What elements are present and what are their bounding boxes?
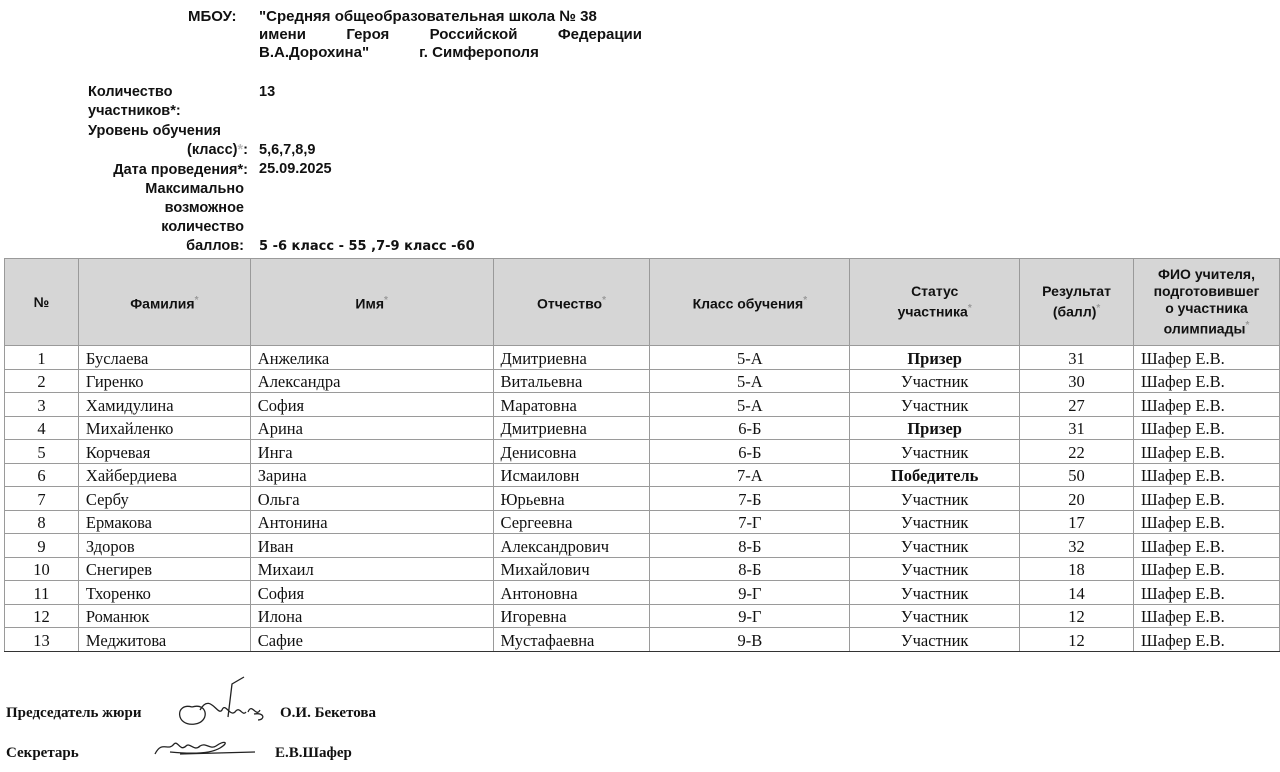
cell-class: 7-Б (650, 487, 850, 511)
table-row: 13МеджитоваСафиеМустафаевна9-ВУчастник12… (5, 628, 1280, 652)
cell-status: Участник (850, 604, 1020, 628)
cell-last-name: Михайленко (78, 416, 250, 440)
cell-first-name: Александра (250, 369, 493, 393)
cell-teacher: Шафер Е.В. (1134, 534, 1280, 558)
table-row: 11ТхоренкоСофияАнтоновна9-ГУчастник14Шаф… (5, 581, 1280, 605)
cell-teacher: Шафер Е.В. (1134, 369, 1280, 393)
cell-class: 8-Б (650, 534, 850, 558)
table-row: 3ХамидулинаСофияМаратовна5-АУчастник27Ша… (5, 393, 1280, 417)
cell-row-number: 13 (5, 628, 79, 652)
cell-class: 8-Б (650, 557, 850, 581)
cell-status: Участник (850, 510, 1020, 534)
cell-last-name: Меджитова (78, 628, 250, 652)
cell-class: 7-Г (650, 510, 850, 534)
cell-teacher: Шафер Е.В. (1134, 346, 1280, 370)
cell-score: 20 (1020, 487, 1134, 511)
org-label: МБОУ: (188, 8, 237, 25)
cell-middle-name: Игоревна (493, 604, 650, 628)
participants-count-label: Количество участников*: (88, 83, 248, 121)
col-header-number: № (5, 259, 79, 346)
cell-class: 5-А (650, 346, 850, 370)
results-table: № Фамилия* Имя* Отчество* Класс обучения… (4, 258, 1280, 652)
cell-row-number: 10 (5, 557, 79, 581)
cell-status: Участник (850, 534, 1020, 558)
max-score-label-line: Максимально (88, 180, 244, 199)
cell-first-name: Инга (250, 440, 493, 464)
participants-count-value: 13 (259, 84, 275, 100)
cell-class: 5-А (650, 393, 850, 417)
cell-middle-name: Мустафаевна (493, 628, 650, 652)
cell-first-name: София (250, 393, 493, 417)
cell-middle-name: Сергеевна (493, 510, 650, 534)
cell-teacher: Шафер Е.В. (1134, 557, 1280, 581)
cell-teacher: Шафер Е.В. (1134, 628, 1280, 652)
cell-score: 18 (1020, 557, 1134, 581)
cell-score: 12 (1020, 604, 1134, 628)
cell-row-number: 9 (5, 534, 79, 558)
cell-status: Участник (850, 557, 1020, 581)
col-header-first-name: Имя* (250, 259, 493, 346)
col-header-result: Результат(балл)* (1020, 259, 1134, 346)
col-header-middle-name: Отчество* (493, 259, 650, 346)
cell-first-name: Антонина (250, 510, 493, 534)
org-name-part: Федерации (558, 26, 642, 44)
cell-class: 6-Б (650, 416, 850, 440)
cell-score: 17 (1020, 510, 1134, 534)
cell-last-name: Снегирев (78, 557, 250, 581)
cell-first-name: София (250, 581, 493, 605)
cell-status: Призер (850, 346, 1020, 370)
cell-row-number: 5 (5, 440, 79, 464)
max-score-label-line: баллов: (88, 237, 244, 256)
table-row: 5КорчеваяИнгаДенисовна6-БУчастник22Шафер… (5, 440, 1280, 464)
cell-first-name: Михаил (250, 557, 493, 581)
cell-row-number: 11 (5, 581, 79, 605)
table-row: 1БуслаеваАнжеликаДмитриевна5-АПризер31Ша… (5, 346, 1280, 370)
cell-score: 22 (1020, 440, 1134, 464)
education-level-value: 5,6,7,8,9 (259, 142, 315, 158)
cell-status: Победитель (850, 463, 1020, 487)
chair-name: О.И. Бекетова (280, 705, 376, 722)
org-name: "Средняя общеобразовательная школа № 38 … (259, 8, 642, 62)
table-row: 10СнегиревМихаилМихайлович8-БУчастник18Ш… (5, 557, 1280, 581)
cell-middle-name: Юрьевна (493, 487, 650, 511)
org-name-part: "Средняя общеобразовательная школа № 38 (259, 8, 597, 26)
cell-teacher: Шафер Е.В. (1134, 581, 1280, 605)
cell-class: 9-Г (650, 581, 850, 605)
cell-class: 9-В (650, 628, 850, 652)
cell-last-name: Сербу (78, 487, 250, 511)
cell-row-number: 12 (5, 604, 79, 628)
table-row: 9ЗдоровИванАлександрович8-БУчастник32Шаф… (5, 534, 1280, 558)
col-header-last-name: Фамилия* (78, 259, 250, 346)
table-header-row: № Фамилия* Имя* Отчество* Класс обучения… (5, 259, 1280, 346)
cell-first-name: Анжелика (250, 346, 493, 370)
cell-class: 9-Г (650, 604, 850, 628)
cell-class: 6-Б (650, 440, 850, 464)
table-row: 7СербуОльгаЮрьевна7-БУчастник20Шафер Е.В… (5, 487, 1280, 511)
cell-teacher: Шафер Е.В. (1134, 393, 1280, 417)
cell-row-number: 6 (5, 463, 79, 487)
cell-middle-name: Витальевна (493, 369, 650, 393)
cell-score: 30 (1020, 369, 1134, 393)
cell-middle-name: Антоновна (493, 581, 650, 605)
table-row: 8ЕрмаковаАнтонинаСергеевна7-ГУчастник17Ш… (5, 510, 1280, 534)
cell-row-number: 8 (5, 510, 79, 534)
cell-first-name: Иван (250, 534, 493, 558)
col-header-status: Статусучастника* (850, 259, 1020, 346)
cell-middle-name: Михайлович (493, 557, 650, 581)
cell-first-name: Арина (250, 416, 493, 440)
cell-last-name: Здоров (78, 534, 250, 558)
cell-status: Участник (850, 581, 1020, 605)
date-value: 25.09.2025 (259, 161, 332, 177)
cell-score: 27 (1020, 393, 1134, 417)
cell-last-name: Тхоренко (78, 581, 250, 605)
cell-middle-name: Дмитриевна (493, 416, 650, 440)
chair-role: Председатель жюри (6, 705, 142, 722)
cell-score: 31 (1020, 346, 1134, 370)
cell-teacher: Шафер Е.В. (1134, 416, 1280, 440)
cell-row-number: 3 (5, 393, 79, 417)
cell-class: 7-А (650, 463, 850, 487)
cell-middle-name: Александрович (493, 534, 650, 558)
cell-first-name: Зарина (250, 463, 493, 487)
cell-last-name: Романюк (78, 604, 250, 628)
org-name-part: Российской (430, 26, 518, 44)
cell-teacher: Шафер Е.В. (1134, 440, 1280, 464)
col-header-teacher: ФИО учителя,подготовившего участникаолим… (1134, 259, 1280, 346)
cell-score: 50 (1020, 463, 1134, 487)
cell-teacher: Шафер Е.В. (1134, 604, 1280, 628)
secretary-name: Е.В.Шафер (275, 745, 352, 762)
cell-middle-name: Денисовна (493, 440, 650, 464)
cell-score: 14 (1020, 581, 1134, 605)
cell-last-name: Корчевая (78, 440, 250, 464)
cell-last-name: Гиренко (78, 369, 250, 393)
cell-middle-name: Маратовна (493, 393, 650, 417)
cell-row-number: 7 (5, 487, 79, 511)
education-level-label: Уровень обучения (класс)*: (88, 122, 248, 160)
cell-score: 12 (1020, 628, 1134, 652)
cell-status: Участник (850, 369, 1020, 393)
cell-status: Участник (850, 487, 1020, 511)
max-score-label-line: количество (88, 218, 244, 237)
org-name-part: В.А.Дорохина" (259, 44, 369, 62)
cell-status: Участник (850, 393, 1020, 417)
secretary-role: Секретарь (6, 745, 79, 762)
date-label: Дата проведения*: (88, 161, 248, 180)
cell-score: 31 (1020, 416, 1134, 440)
cell-last-name: Хамидулина (78, 393, 250, 417)
max-score-label-line: возможное (88, 199, 244, 218)
cell-teacher: Шафер Е.В. (1134, 487, 1280, 511)
cell-row-number: 4 (5, 416, 79, 440)
cell-first-name: Илона (250, 604, 493, 628)
table-row: 2ГиренкоАлександраВитальевна5-АУчастник3… (5, 369, 1280, 393)
cell-status: Участник (850, 628, 1020, 652)
org-name-part: Героя (346, 26, 389, 44)
cell-middle-name: Дмитриевна (493, 346, 650, 370)
cell-row-number: 1 (5, 346, 79, 370)
cell-middle-name: Исмаиловн (493, 463, 650, 487)
cell-first-name: Ольга (250, 487, 493, 511)
cell-score: 32 (1020, 534, 1134, 558)
cell-status: Участник (850, 440, 1020, 464)
org-name-part: г. Симферополя (419, 44, 539, 62)
cell-teacher: Шафер Е.В. (1134, 510, 1280, 534)
table-row: 4МихайленкоАринаДмитриевна6-БПризер31Шаф… (5, 416, 1280, 440)
cell-first-name: Сафие (250, 628, 493, 652)
secretary-signature-icon (150, 732, 260, 760)
col-header-class: Класс обучения* (650, 259, 850, 346)
table-row: 12РоманюкИлонаИгоревна9-ГУчастник12Шафер… (5, 604, 1280, 628)
table-row: 6ХайбердиеваЗаринаИсмаиловн7-АПобедитель… (5, 463, 1280, 487)
max-score-label: Максимальновозможноеколичествобаллов: (88, 180, 244, 256)
cell-class: 5-А (650, 369, 850, 393)
cell-last-name: Ермакова (78, 510, 250, 534)
cell-status: Призер (850, 416, 1020, 440)
cell-last-name: Хайбердиева (78, 463, 250, 487)
max-score-value: 5 -6 класс - 55 ,7-9 класс -60 (259, 239, 475, 254)
cell-teacher: Шафер Е.В. (1134, 463, 1280, 487)
cell-row-number: 2 (5, 369, 79, 393)
cell-last-name: Буслаева (78, 346, 250, 370)
org-name-part: имени (259, 26, 306, 44)
results-table-body: 1БуслаеваАнжеликаДмитриевна5-АПризер31Ша… (5, 346, 1280, 652)
